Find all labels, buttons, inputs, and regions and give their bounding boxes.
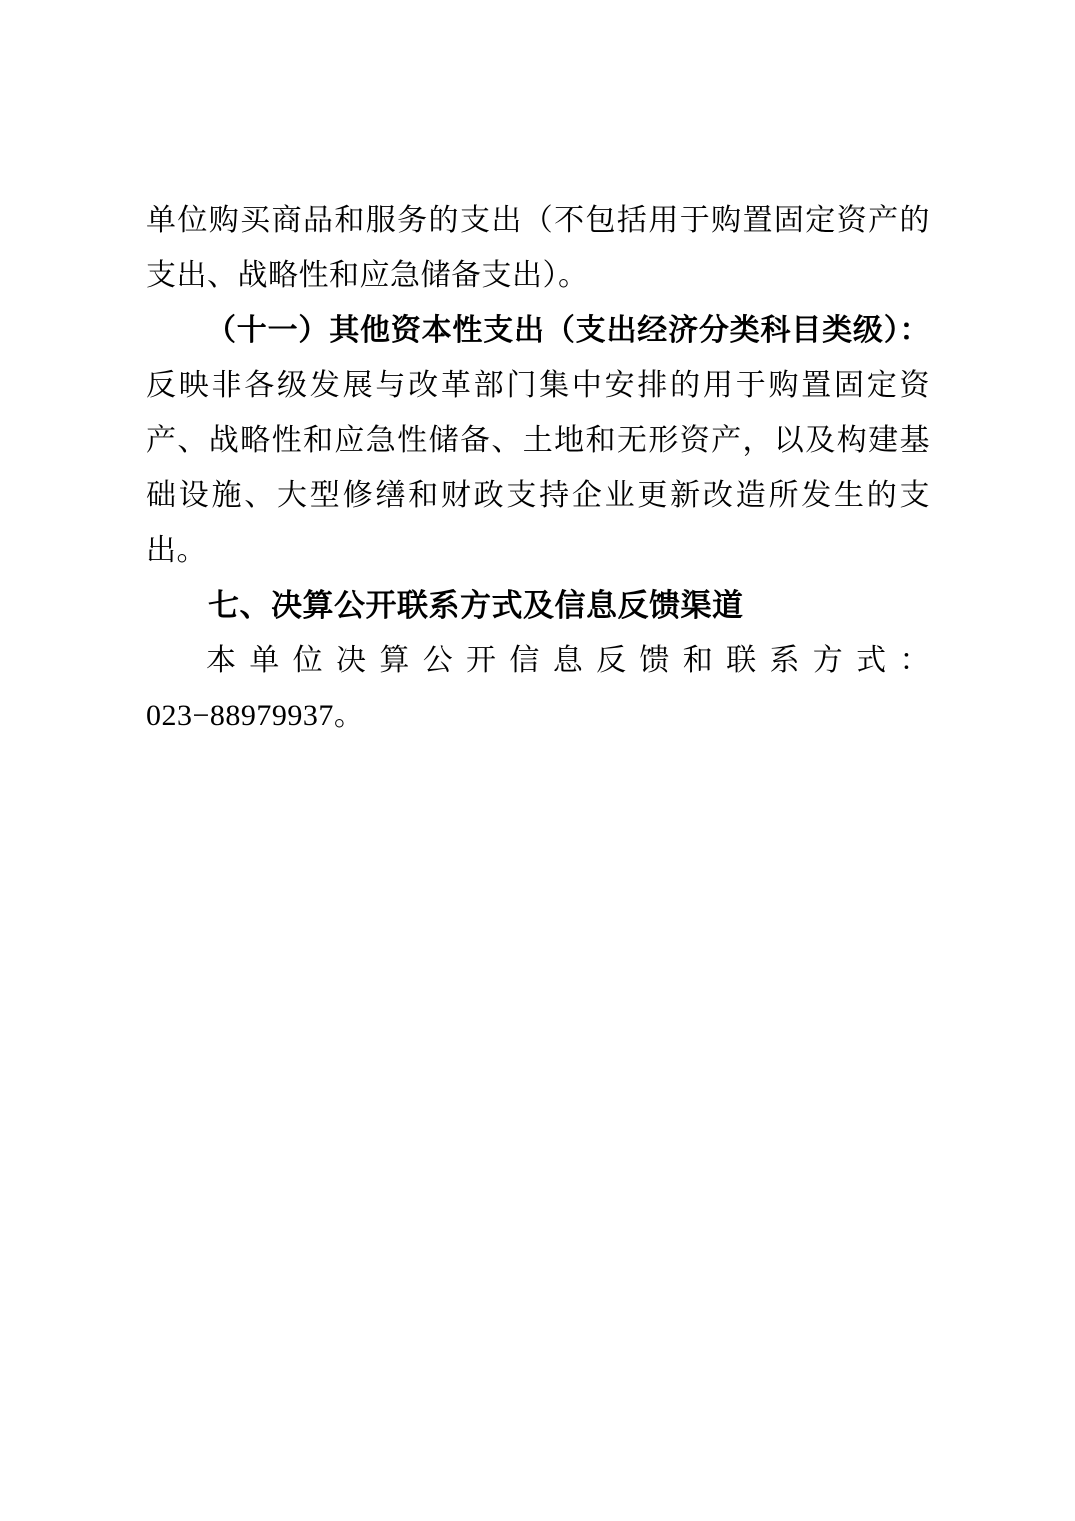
paragraph: （十一）其他资本性支出（支出经济分类科目类级）：反映非各级发展与改革部门集中安排… — [146, 303, 930, 578]
section-heading: 七、决算公开联系方式及信息反馈渠道 — [146, 578, 930, 633]
text-run: 本单位决算公开信息反馈和联系方式：023−88979937。 — [146, 644, 930, 732]
paragraph: 单位购买商品和服务的支出（不包括用于购置固定资产的支出、战略性和应急储备支出）。 — [146, 193, 930, 303]
text-run: 单位购买商品和服务的支出（不包括用于购置固定资产的支出、战略性和应急储备支出）。 — [146, 204, 930, 292]
document-page: 单位购买商品和服务的支出（不包括用于购置固定资产的支出、战略性和应急储备支出）。… — [0, 0, 1075, 1521]
text-run-bold: （十一）其他资本性支出（支出经济分类科目类级）： — [206, 314, 930, 347]
text-run: 反映非各级发展与改革部门集中安排的用于购置固定资产、战略性和应急性储备、土地和无… — [146, 369, 930, 567]
paragraph: 本单位决算公开信息反馈和联系方式：023−88979937。 — [146, 633, 930, 743]
text-run-bold: 七、决算公开联系方式及信息反馈渠道 — [208, 588, 744, 623]
document-content: 单位购买商品和服务的支出（不包括用于购置固定资产的支出、战略性和应急储备支出）。… — [146, 193, 930, 743]
